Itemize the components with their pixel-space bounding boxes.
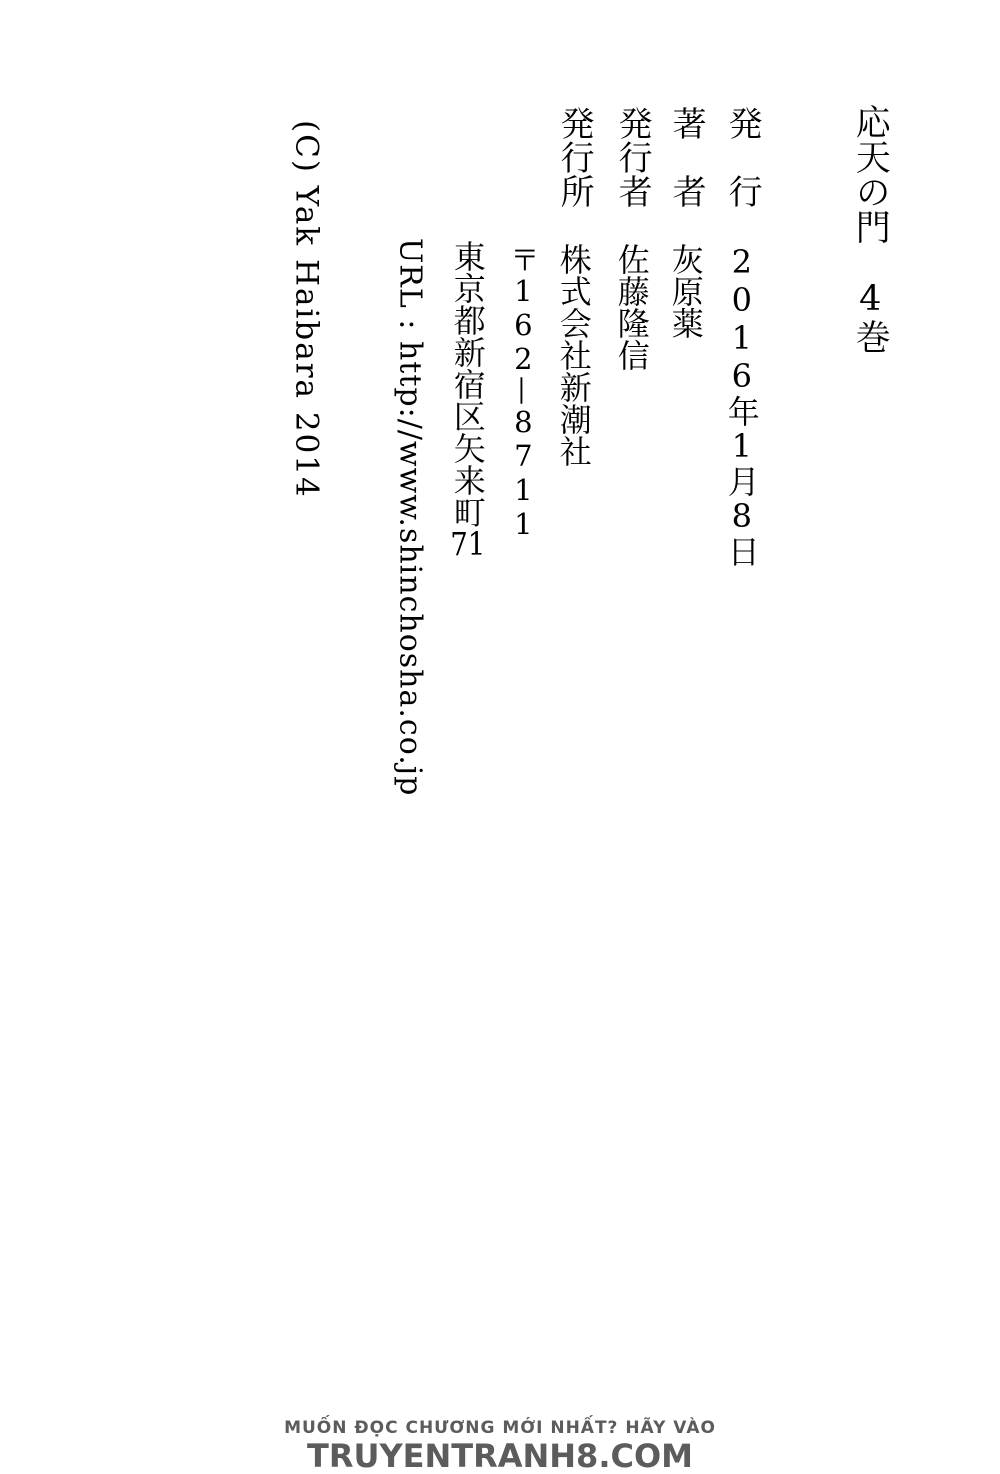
publishing-house-label: 発行所 (554, 106, 593, 208)
postal-suffix: 8711 (506, 405, 540, 541)
address-number: 71 (449, 528, 487, 560)
publishing-house-name: 株式会社新潮社 (555, 243, 592, 467)
address: 東京都新宿区矢来町71 (449, 240, 486, 560)
site-url: URL : http://www.shinchosha.co.jp (392, 238, 427, 796)
colophon-page: 応天の門 4巻 発行 2016年1月8日 著者 灰原薬 発行者 佐藤隆信 発行所… (0, 0, 1000, 1474)
publisher-name: 佐藤隆信 (613, 243, 650, 371)
postal-code: 〒162—8711 (506, 245, 539, 541)
page-title: 応天の門 4巻 (850, 104, 890, 354)
copyright-notice: (C) Yak Haibara 2014 (288, 120, 324, 499)
postal-prefix: 〒162 (506, 245, 540, 376)
published-label: 発行 (722, 106, 761, 242)
author-label: 著者 (666, 106, 705, 242)
published-date: 2016年1月8日 (723, 243, 760, 567)
footer-watermark: MUỐN ĐỌC CHƯƠNG MỚI NHẤT? HÃY VÀO TRUYEN… (0, 1417, 1000, 1472)
publisher-label: 発行者 (612, 106, 651, 208)
author-name: 灰原薬 (667, 243, 704, 339)
postal-dash: — (506, 376, 540, 405)
footer-tagline: MUỐN ĐỌC CHƯƠNG MỚI NHẤT? HÃY VÀO (0, 1417, 1000, 1439)
address-main: 東京都新宿区矢来町 (449, 240, 487, 528)
footer-site-name: TRUYENTRANH8.COM (0, 1440, 1000, 1472)
